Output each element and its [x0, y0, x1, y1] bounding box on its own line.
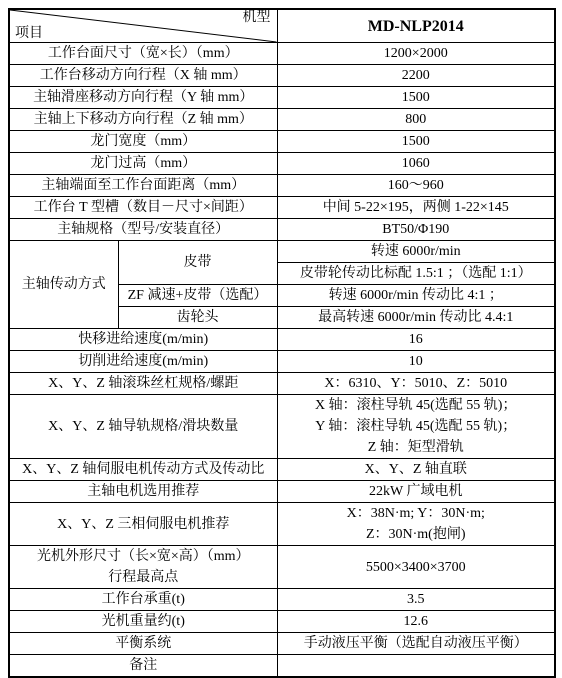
- transmission-zf-value: 转速 6000r/min 传动比 4:1 ；: [277, 285, 555, 307]
- spec-label: 平衡系统: [9, 633, 277, 655]
- spec-row: 光机重量约(t) 12.6: [9, 611, 555, 633]
- spec-value-multiline: X：38N·m; Y：30N·m; Z：30N·m(抱闸): [277, 503, 555, 546]
- spec-label: 龙门宽度（mm）: [9, 131, 277, 153]
- header-model-label: 机型: [243, 10, 271, 26]
- spec-value: 12.6: [277, 611, 555, 633]
- spec-value: 22kW 广域电机: [277, 481, 555, 503]
- spec-value: 2200: [277, 65, 555, 87]
- spec-label: X、Y、Z 轴导轨规格/滑块数量: [9, 395, 277, 459]
- spec-label: 龙门过高（mm）: [9, 153, 277, 175]
- spec-value: 1200×2000: [277, 43, 555, 65]
- spec-label: 光机重量约(t): [9, 611, 277, 633]
- spec-row: 主轴上下移动方向行程（Z 轴 mm） 800: [9, 109, 555, 131]
- spec-value: X：6310、Y：5010、Z：5010: [277, 373, 555, 395]
- spec-value-line: Z 轴：矩型滑轨: [280, 437, 553, 458]
- spec-label: 主轴滑座移动方向行程（Y 轴 mm）: [9, 87, 277, 109]
- spec-row: 光机外形尺寸（长×宽×高）（mm） 行程最高点 5500×3400×3700: [9, 546, 555, 589]
- spec-label-line: 光机外形尺寸（长×宽×高）（mm）: [12, 546, 275, 567]
- spec-value: 10: [277, 351, 555, 373]
- transmission-row: 主轴传动方式 皮带 转速 6000r/min: [9, 241, 555, 263]
- spec-value-multiline: X 轴：滚柱导轨 45(选配 55 轨)； Y 轴：滚柱导轨 45(选配 55 …: [277, 395, 555, 459]
- spec-row: 主轴端面至工作台面距离（mm） 160～960: [9, 175, 555, 197]
- spec-value: 1500: [277, 87, 555, 109]
- header-item-label: 项目: [15, 26, 43, 42]
- header-corner-cell: 机型 项目: [9, 9, 277, 43]
- spec-value: 1060: [277, 153, 555, 175]
- spec-label: 备注: [9, 655, 277, 678]
- spec-value-line: X 轴：滚柱导轨 45(选配 55 轨)；: [280, 395, 553, 416]
- transmission-belt-label: 皮带: [118, 241, 277, 285]
- spec-row: X、Y、Z 轴伺服电机传动方式及传动比 X、Y、Z 轴直联: [9, 459, 555, 481]
- spec-value-line: Y 轴：滚柱导轨 45(选配 55 轨)；: [280, 416, 553, 437]
- spec-row: 工作台面尺寸（宽×长）（mm） 1200×2000: [9, 43, 555, 65]
- spec-sheet: 机型 项目 MD-NLP2014 工作台面尺寸（宽×长）（mm） 1200×20…: [0, 0, 562, 678]
- spec-label: 工作台承重(t): [9, 589, 277, 611]
- spec-value: BT50/Φ190: [277, 219, 555, 241]
- spec-value: 160～960: [277, 175, 555, 197]
- spec-value: 5500×3400×3700: [277, 546, 555, 589]
- spec-row: 快移进给速度(m/min) 16: [9, 329, 555, 351]
- spec-row: 切削进给速度(m/min) 10: [9, 351, 555, 373]
- spec-value: 800: [277, 109, 555, 131]
- spec-label-line: 行程最高点: [12, 567, 275, 588]
- spec-label: 主轴上下移动方向行程（Z 轴 mm）: [9, 109, 277, 131]
- spec-label: 工作台 T 型槽（数目－尺寸×间距）: [9, 197, 277, 219]
- spec-row: 工作台 T 型槽（数目－尺寸×间距） 中间 5-22×195，两侧 1-22×1…: [9, 197, 555, 219]
- spec-value-empty: [277, 655, 555, 678]
- spec-label: 工作台移动方向行程（X 轴 mm）: [9, 65, 277, 87]
- spec-row: 工作台移动方向行程（X 轴 mm） 2200: [9, 65, 555, 87]
- spec-row: 备注: [9, 655, 555, 678]
- spec-label: X、Y、Z 轴滚珠丝杠规格/螺距: [9, 373, 277, 395]
- spec-row: 主轴滑座移动方向行程（Y 轴 mm） 1500: [9, 87, 555, 109]
- transmission-group-label: 主轴传动方式: [9, 241, 118, 329]
- spec-label: X、Y、Z 三相伺服电机推荐: [9, 503, 277, 546]
- spec-value: 中间 5-22×195，两侧 1-22×145: [277, 197, 555, 219]
- spec-label: 切削进给速度(m/min): [9, 351, 277, 373]
- spec-row: X、Y、Z 轴滚珠丝杠规格/螺距 X：6310、Y：5010、Z：5010: [9, 373, 555, 395]
- spec-label: 主轴电机选用推荐: [9, 481, 277, 503]
- spec-row: 主轴规格（型号/安装直径） BT50/Φ190: [9, 219, 555, 241]
- machine-spec-table: 机型 项目 MD-NLP2014 工作台面尺寸（宽×长）（mm） 1200×20…: [8, 8, 556, 678]
- transmission-gear-value: 最高转速 6000r/min 传动比 4.4:1: [277, 307, 555, 329]
- transmission-belt-ratio: 皮带轮传动比标配 1.5:1 ；（选配 1:1）: [277, 263, 555, 285]
- spec-value: 手动液压平衡（选配自动液压平衡）: [277, 633, 555, 655]
- spec-label: 主轴规格（型号/安装直径）: [9, 219, 277, 241]
- spec-value: X、Y、Z 轴直联: [277, 459, 555, 481]
- spec-value-line: Z：30N·m(抱闸): [280, 524, 553, 545]
- transmission-zf-label: ZF 减速+皮带（选配）: [118, 285, 277, 307]
- spec-value: 1500: [277, 131, 555, 153]
- spec-label: 主轴端面至工作台面距离（mm）: [9, 175, 277, 197]
- spec-label: X、Y、Z 轴伺服电机传动方式及传动比: [9, 459, 277, 481]
- spec-row: 工作台承重(t) 3.5: [9, 589, 555, 611]
- model-number: MD-NLP2014: [277, 9, 555, 43]
- spec-value-line: X：38N·m; Y：30N·m;: [280, 503, 553, 524]
- transmission-gear-label: 齿轮头: [118, 307, 277, 329]
- header-diagonal-line: [10, 10, 277, 42]
- spec-row: 主轴电机选用推荐 22kW 广域电机: [9, 481, 555, 503]
- spec-row: X、Y、Z 三相伺服电机推荐 X：38N·m; Y：30N·m; Z：30N·m…: [9, 503, 555, 546]
- spec-label: 工作台面尺寸（宽×长）（mm）: [9, 43, 277, 65]
- spec-label-multiline: 光机外形尺寸（长×宽×高）（mm） 行程最高点: [9, 546, 277, 589]
- spec-row: X、Y、Z 轴导轨规格/滑块数量 X 轴：滚柱导轨 45(选配 55 轨)； Y…: [9, 395, 555, 459]
- spec-row: 龙门过高（mm） 1060: [9, 153, 555, 175]
- spec-value: 3.5: [277, 589, 555, 611]
- transmission-belt-speed: 转速 6000r/min: [277, 241, 555, 263]
- spec-label: 快移进给速度(m/min): [9, 329, 277, 351]
- spec-row: 平衡系统 手动液压平衡（选配自动液压平衡）: [9, 633, 555, 655]
- spec-value: 16: [277, 329, 555, 351]
- spec-row: 龙门宽度（mm） 1500: [9, 131, 555, 153]
- header-row: 机型 项目 MD-NLP2014: [9, 9, 555, 43]
